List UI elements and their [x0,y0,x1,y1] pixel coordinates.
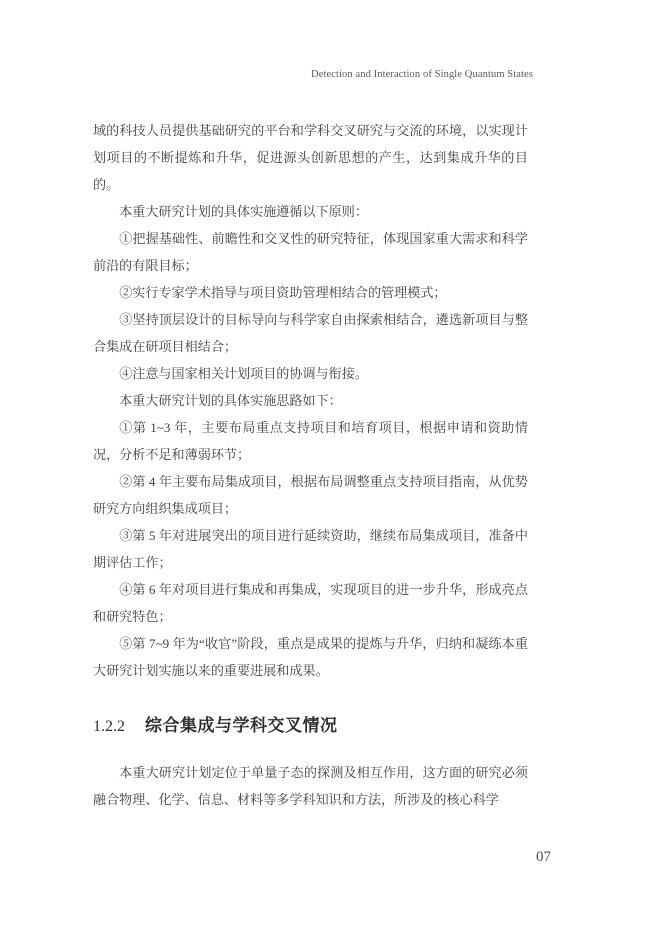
running-header: Detection and Interaction of Single Quan… [0,67,533,82]
section-title: 综合集成与学科交叉情况 [145,716,338,735]
implementation-principles-block: 域的科技人员提供基础研究的平台和学科交叉研究与交流的环境，以实现计划项目的不断提… [93,117,528,684]
body-text-column: 域的科技人员提供基础研究的平台和学科交叉研究与交流的环境，以实现计划项目的不断提… [93,117,528,813]
paragraph: ②第 4 年主要布局集成项目，根据布局调整重点支持项目指南，从优势研究方向组织集… [93,468,528,522]
integration-intro-block: 本重大研究计划定位于单量子态的探测及相互作用，这方面的研究必须融合物理、化学、信… [93,759,528,813]
paragraph: ③第 5 年对进展突出的项目进行延续资助，继续布局集成项目，准备中期评估工作； [93,522,528,576]
document-page: Detection and Interaction of Single Quan… [0,0,666,930]
paragraph: ④注意与国家相关计划项目的协调与衔接。 [93,360,528,387]
paragraph: ①第 1~3 年，主要布局重点支持项目和培育项目，根据申请和资助情况，分析不足和… [93,414,528,468]
section-number: 1.2.2 [93,718,125,735]
paragraph: ①把握基础性、前瞻性和交叉性的研究特征，体现国家重大需求和科学前沿的有限目标； [93,225,528,279]
paragraph: ⑤第 7~9 年为“收官”阶段，重点是成果的提炼与升华，归纳和凝练本重大研究计划… [93,630,528,684]
paragraph: 本重大研究计划定位于单量子态的探测及相互作用，这方面的研究必须融合物理、化学、信… [93,759,528,813]
paragraph: 本重大研究计划的具体实施思路如下： [93,387,528,414]
page-number: 07 [0,848,551,866]
paragraph: ③坚持顶层设计的目标导向与科学家自由探索相结合，遴选新项目与整合集成在研项目相结… [93,306,528,360]
paragraph: 本重大研究计划的具体实施遵循以下原则： [93,198,528,225]
section-heading: 1.2.2综合集成与学科交叉情况 [93,713,528,739]
paragraph: ④第 6 年对项目进行集成和再集成，实现项目的进一步升华，形成亮点和研究特色； [93,576,528,630]
paragraph: ②实行专家学术指导与项目资助管理相结合的管理模式； [93,279,528,306]
paragraph: 域的科技人员提供基础研究的平台和学科交叉研究与交流的环境，以实现计划项目的不断提… [93,117,528,198]
